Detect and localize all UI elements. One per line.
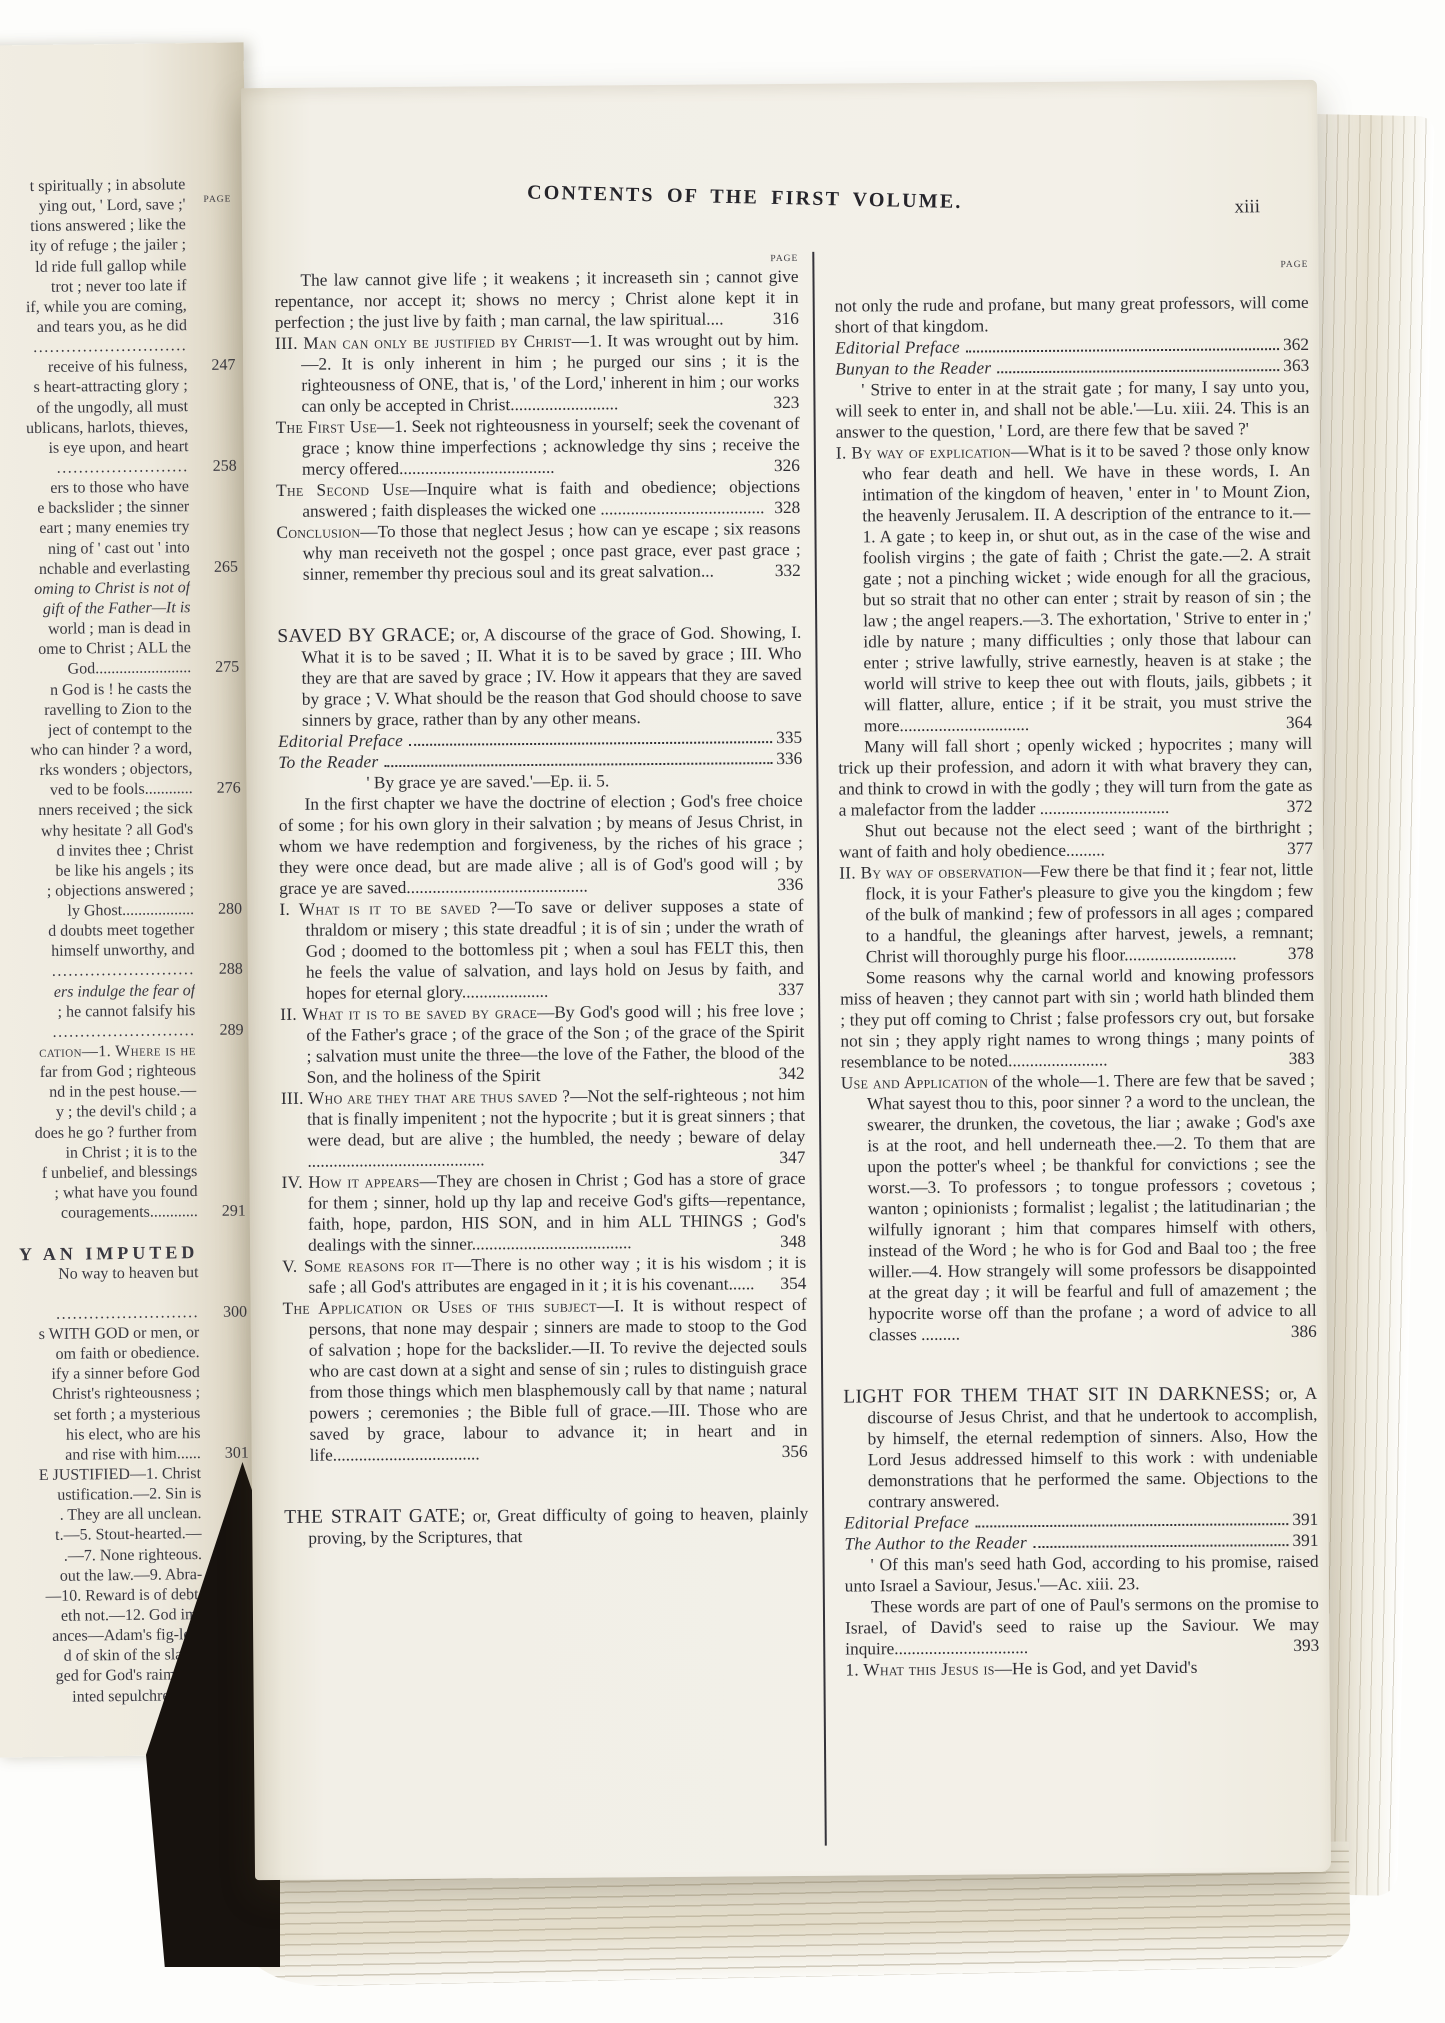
line-page-number [196, 1054, 252, 1055]
line-page-number [186, 269, 242, 270]
line-text: oming to Christ is not of [34, 578, 190, 600]
page-label: PAGE [203, 195, 231, 205]
line-text: t.—5. Stout-hearted.— [55, 1524, 202, 1546]
entry-text: —What is it to be saved ? those only kno… [862, 440, 1312, 736]
entry-text: These words are part of one of Paul's se… [845, 1594, 1319, 1659]
line-text: d invites thee ; Christ [56, 840, 193, 862]
line-page-number: 288 [195, 960, 251, 981]
line-text: ome to Christ ; ALL the [38, 638, 191, 660]
entry-page-number: 362 [1283, 334, 1309, 355]
line-page-number [188, 410, 244, 411]
line-page-number [194, 934, 250, 935]
line-page-number [188, 390, 244, 391]
line-text: cation—1. Where is he [39, 1041, 196, 1063]
line-page-number [201, 1477, 257, 1478]
line-page-number [189, 491, 245, 492]
line-text: world ; man is dead in [48, 618, 191, 640]
toc-entry: V. Some reasons for it—There is no other… [282, 1252, 806, 1298]
entry-lead: I. By way of explication [836, 442, 1011, 462]
line-page-number [195, 954, 251, 955]
entry-text: of the whole—1. There are few that be sa… [867, 1070, 1317, 1345]
line-text: is eye upon, and heart [48, 437, 188, 459]
line-page-number [187, 289, 243, 290]
line-text: who can hinder ? a word, [30, 739, 192, 761]
entry-text: ' Strive to enter in at the strait gate … [835, 377, 1309, 442]
toc-entry: I. What is it to be saved ?—To save or d… [279, 895, 804, 1004]
left-page-line: nchable and everlasting265 [0, 557, 246, 580]
line-page-number [200, 1357, 256, 1358]
line-text: . They are all unclean. [60, 1504, 202, 1526]
entry-lead: Use and Application [841, 1072, 989, 1092]
line-text: be like his angels ; its [55, 860, 193, 882]
line-page-number: 275 [191, 658, 247, 679]
line-page-number [187, 329, 243, 330]
line-text: d doubts meet together [48, 920, 194, 942]
line-text: out the law.—9. Abra- [60, 1565, 203, 1587]
toc-entry: In the first chapter we have the doctrin… [279, 790, 804, 899]
line-page-number: 247 [187, 356, 243, 377]
toc-entry: These words are part of one of Paul's se… [845, 1593, 1319, 1660]
toc-entry: Conclusion—To those that neglect Jesus ;… [276, 518, 800, 585]
line-page-number [197, 1115, 253, 1116]
toc-entry: III. Who are they that are thus saved ?—… [281, 1084, 806, 1172]
line-text: E JUSTIFIED—1. Christ [39, 1464, 201, 1486]
line-page-number [191, 652, 247, 653]
line-text: tions answered ; like the [30, 215, 186, 237]
line-page-number [190, 551, 246, 552]
line-text: ying out, ' Lord, save ;' [39, 195, 186, 217]
toc-entry: Some reasons why the carnal world and kn… [840, 964, 1315, 1073]
entry-text: —He is God, and yet David's [995, 1658, 1198, 1679]
line-page-number [190, 531, 246, 532]
line-text: e backslider ; the sinner [37, 497, 189, 519]
line-page-number [192, 732, 248, 733]
line-page-number [193, 813, 249, 814]
entry-lead: V. Some reasons for it [282, 1256, 454, 1276]
line-text: No way to heaven but [58, 1263, 199, 1285]
entry-lead: II. What it is to be saved by grace [280, 1003, 537, 1024]
line-text: om faith or obedience. [55, 1343, 199, 1365]
dot-leader [409, 741, 772, 746]
toc-entry: The Application or Uses of this subject—… [282, 1294, 807, 1466]
line-text: .......................... [52, 1021, 195, 1043]
line-text: ld ride full gallop while [35, 256, 186, 278]
line-text: Y AN IMPUTED [19, 1243, 199, 1265]
line-page-number [187, 309, 243, 310]
line-text: nchable and everlasting [39, 558, 190, 580]
entry-lead: The Author to the Reader [844, 1532, 1027, 1554]
left-page-column: t spiritually ; in absolute ying out, ' … [0, 42, 264, 1708]
entry-page-number: 377 [1261, 838, 1313, 859]
line-page-number [198, 1258, 254, 1259]
line-text: ved to be fools............ [50, 779, 193, 801]
line-page-number [186, 229, 242, 230]
line-page-number [195, 1014, 251, 1015]
toc-entry: The First Use—1. Seek not righteousness … [276, 413, 800, 480]
entry-text: Some reasons why the carnal world and kn… [840, 965, 1314, 1072]
line-text: in Christ ; it is to the [65, 1142, 197, 1164]
entry-page-number: 372 [1261, 796, 1313, 817]
line-text: God........................ [68, 658, 192, 680]
line-text: couragements............ [61, 1202, 198, 1224]
line-text: does he go ? further from [35, 1122, 197, 1144]
line-page-number [199, 1336, 255, 1337]
entry-page-number: 391 [1292, 1530, 1318, 1551]
entry-lead: 1. What this Jesus is [845, 1659, 994, 1679]
toc-entry: IV. How it appears—They are chosen in Ch… [281, 1168, 806, 1256]
line-page-number [189, 450, 245, 451]
line-text: trot ; never too late if [51, 276, 187, 298]
line-page-number [187, 350, 243, 351]
toc-entry: Shut out because not the elect seed ; wa… [839, 817, 1313, 863]
line-text: ly Ghost.................. [67, 900, 194, 922]
line-text: ; what have you found [54, 1182, 197, 1204]
entry-lead: Editorial Preface [278, 730, 403, 752]
line-text: ers to those who have [50, 477, 189, 499]
entry-lead: SAVED BY GRACE; [277, 625, 456, 647]
line-text: ublicans, harlots, thieves, [26, 417, 188, 439]
line-text: .......................... [52, 961, 195, 983]
line-page-number: 276 [193, 779, 249, 800]
line-text: ity of refuge ; the jailer ; [30, 236, 187, 258]
line-page-number: 291 [198, 1202, 254, 1223]
line-page-number: 258 [189, 456, 245, 477]
entry-text: The law cannot give life ; it weakens ; … [275, 267, 799, 332]
toc-entry: The law cannot give life ; it weakens ; … [274, 266, 798, 333]
line-page-number [196, 1075, 252, 1076]
right-column-entries: not only the rude and profane, but many … [834, 270, 1319, 1681]
line-text: y ; the devil's child ; a [56, 1102, 197, 1124]
toc-entry: not only the rude and profane, but many … [835, 292, 1309, 338]
line-text: ify a sinner before God [51, 1363, 200, 1385]
line-page-number: 289 [195, 1020, 251, 1041]
line-page-number [197, 1135, 253, 1136]
line-page-number [196, 1095, 252, 1096]
left-page-line: ly Ghost..................280 [0, 899, 250, 922]
line-text: why hesitate ? all God's [41, 820, 193, 842]
toc-entry: THE STRAIT GATE; or, Great difficulty of… [284, 1503, 808, 1549]
entry-lead: Conclusion [276, 522, 360, 542]
line-page-number [192, 712, 248, 713]
line-page-number [190, 611, 246, 612]
line-page-number [194, 893, 250, 894]
line-page-number [191, 632, 247, 633]
line-page-number [188, 430, 244, 431]
entry-lead: THE STRAIT GATE; [284, 1506, 466, 1528]
entry-lead: Editorial Preface [844, 1512, 969, 1534]
line-text: f unbelief, and blessings [42, 1162, 198, 1184]
line-page-number [186, 249, 242, 250]
dot-leader [385, 762, 773, 767]
dot-leader [966, 348, 1279, 352]
folio-number: xiii [1235, 196, 1261, 218]
entry-text: ' Of this man's seed hath God, according… [845, 1552, 1319, 1596]
toc-entry: Use and Application of the whole—1. Ther… [841, 1069, 1317, 1346]
line-page-number: 280 [194, 899, 250, 920]
left-page-line: ..........................289 [0, 1020, 252, 1043]
line-page-number [200, 1417, 256, 1418]
line-page-number [197, 1175, 253, 1176]
line-text: .......................... [56, 1303, 199, 1325]
line-text: if, while you are coming, [26, 296, 187, 318]
line-text: s heart-attracting glory ; [33, 377, 187, 399]
entry-lead: Bunyan to the Reader [835, 357, 991, 379]
line-text: far from God ; righteous [40, 1061, 197, 1083]
toc-entry: II. By way of observation—Few there be t… [839, 859, 1314, 968]
line-text: eart ; many enemies try [39, 518, 189, 540]
toc-entry: The Second Use—Inquire what is faith and… [276, 476, 800, 522]
entry-lead: To the Reader [278, 751, 378, 773]
entry-page-number: 363 [1283, 355, 1309, 376]
line-page-number [186, 209, 242, 210]
entry-text: —1. Seek not righteousness in yourself; … [302, 414, 800, 479]
line-page-number [195, 994, 251, 995]
contents-page: CONTENTS OF THE FIRST VOLUME. xiii PAGE … [241, 80, 1331, 1880]
columns: PAGE The law cannot give life ; it weake… [274, 248, 1320, 1850]
toc-entry: SAVED BY GRACE; or, A discourse of the g… [277, 622, 802, 731]
line-page-number [185, 188, 241, 189]
left-page: PAGE t spiritually ; in absolute ying ou… [0, 42, 264, 1757]
left-page-line: ..........................300 [0, 1302, 255, 1325]
entry-text: ' By grace ye are saved.'—Ep. ii. 5. [366, 771, 609, 792]
line-text: himself unworthy, and [51, 940, 195, 962]
line-text: nners received ; the sick [38, 799, 193, 821]
line-text: s WITH GOD or men, or [39, 1323, 200, 1345]
line-text: and rise with him...... [65, 1444, 201, 1466]
line-text: and tears you, as he did [37, 316, 187, 338]
left-page-line: ved to be fools............276 [0, 779, 249, 802]
entry-lead: IV. How it appears [282, 1172, 420, 1192]
line-page-number [193, 833, 249, 834]
left-page-line: ..........................288 [0, 960, 251, 983]
dot-leader [1033, 1544, 1289, 1548]
line-text: ............................ [33, 336, 187, 358]
entry-text: Many will fall short ; openly wicked ; h… [838, 734, 1312, 820]
entry-text: not only the rude and profane, but many … [835, 293, 1309, 337]
line-text: of the ungodly, all must [36, 397, 188, 419]
line-text: ; objections answered ; [47, 880, 194, 902]
line-text: set forth ; a mysterious [54, 1404, 201, 1426]
entry-page-number: 393 [1267, 1635, 1319, 1656]
line-text: .—7. None righteous. [64, 1545, 202, 1567]
entry-page-number: 336 [776, 748, 802, 769]
line-text: Christ's righteousness ; [52, 1383, 200, 1405]
left-page-line: ........................258 [0, 456, 245, 479]
line-text: ........................ [57, 457, 189, 479]
entry-lead: Editorial Preface [835, 337, 960, 359]
line-text: receive of his fulness, [48, 356, 188, 378]
line-page-number [200, 1397, 256, 1398]
entry-page-number: 336 [751, 874, 803, 895]
left-column-entries: The law cannot give life ; it weakens ; … [274, 266, 808, 1549]
toc-entry: II. What it is to be saved by grace—By G… [280, 1000, 805, 1088]
entry-lead: The First Use [276, 417, 377, 437]
entry-lead: The Second Use [276, 480, 410, 500]
toc-entry: 1. What this Jesus is—He is God, and yet… [845, 1656, 1319, 1681]
line-text: ning of ' cast out ' into [48, 538, 190, 560]
line-text: rks wonders ; objectors, [39, 759, 192, 781]
line-text: his elect, who are his [66, 1424, 201, 1446]
toc-entry: ' Of this man's seed hath God, according… [845, 1551, 1319, 1597]
line-text: ravelling to Zion to the [44, 699, 192, 721]
line-text: nd in the pest house.— [49, 1081, 196, 1103]
toc-entry: Many will fall short ; openly wicked ; h… [838, 733, 1313, 821]
left-column: PAGE The law cannot give life ; it weake… [274, 252, 825, 1850]
line-text: ; he cannot falsify his [57, 1001, 195, 1023]
entry-page-number: 335 [776, 727, 802, 748]
line-page-number [192, 752, 248, 753]
line-page-number [190, 591, 246, 592]
entry-lead: III. Man can only be justified by Christ [275, 332, 572, 353]
line-text: gift of the Father—It is [43, 598, 191, 620]
entry-text: In the first chapter we have the doctrin… [279, 791, 803, 898]
entry-lead: LIGHT FOR THEM THAT SIT IN DARKNESS; [843, 1383, 1270, 1407]
line-text: ers indulge the fear of [54, 981, 196, 1003]
line-text: ances—Adam's fig-leaf [52, 1625, 203, 1647]
dot-leader [997, 369, 1279, 373]
entry-page-number: 391 [1292, 1509, 1318, 1530]
line-page-number [197, 1155, 253, 1156]
line-page-number [192, 772, 248, 773]
line-page-number [189, 511, 245, 512]
line-page-number: 300 [199, 1302, 255, 1323]
toc-entry: I. By way of explication—What is it to b… [836, 439, 1312, 737]
line-text: ject of contempt to the [48, 719, 192, 741]
right-column: PAGE not only the rude and profane, but … [812, 248, 1321, 1846]
left-page-line: No way to heaven but [0, 1262, 255, 1285]
entry-lead: The Application or Uses of this subject [282, 1296, 596, 1317]
line-page-number [194, 873, 250, 874]
left-page-line: God........................275 [0, 658, 247, 681]
page-title: CONTENTS OF THE FIRST VOLUME. [242, 175, 1248, 220]
entry-lead: II. By way of observation [839, 862, 1023, 882]
toc-entry: ' Strive to enter in at the strait gate … [835, 376, 1309, 443]
line-text: t spiritually ; in absolute [30, 175, 186, 197]
line-text: ustification.—2. Sin is [57, 1484, 201, 1506]
line-page-number: 301 [201, 1443, 257, 1464]
entry-lead: I. What is it to be saved ? [279, 898, 497, 919]
line-text: eth not.—12. God im- [61, 1605, 203, 1627]
line-page-number [193, 853, 249, 854]
line-page-number [201, 1437, 257, 1438]
line-text: —10. Reward is of debt. [45, 1585, 203, 1607]
line-page-number [199, 1276, 255, 1277]
book-photo: PAGE t spiritually ; in absolute ying ou… [0, 0, 1445, 2023]
left-page-line: receive of his fulness,247 [0, 356, 244, 379]
toc-entry: III. Man can only be justified by Christ… [275, 329, 800, 417]
entry-page-number: 316 [747, 308, 799, 329]
line-page-number: 265 [190, 557, 246, 578]
line-page-number [198, 1195, 254, 1196]
entry-text: —To those that neglect Jesus ; how can y… [303, 519, 801, 584]
entry-page-number: 383 [1263, 1048, 1315, 1069]
entry-text: —I. It is without respect of persons, th… [309, 1295, 808, 1465]
dot-leader [975, 1523, 1288, 1527]
entry-lead: III. Who are they that are thus saved ? [281, 1087, 570, 1108]
line-page-number [191, 692, 247, 693]
toc-entry: LIGHT FOR THEM THAT SIT IN DARKNESS; or,… [843, 1383, 1318, 1513]
left-page-line: and rise with him......301 [0, 1443, 257, 1466]
line-text: n God is ! he casts the [50, 679, 192, 701]
entry-text: Shut out because not the elect seed ; wa… [839, 818, 1313, 862]
line-page-number [200, 1377, 256, 1378]
left-page-line: couragements............291 [0, 1202, 254, 1225]
